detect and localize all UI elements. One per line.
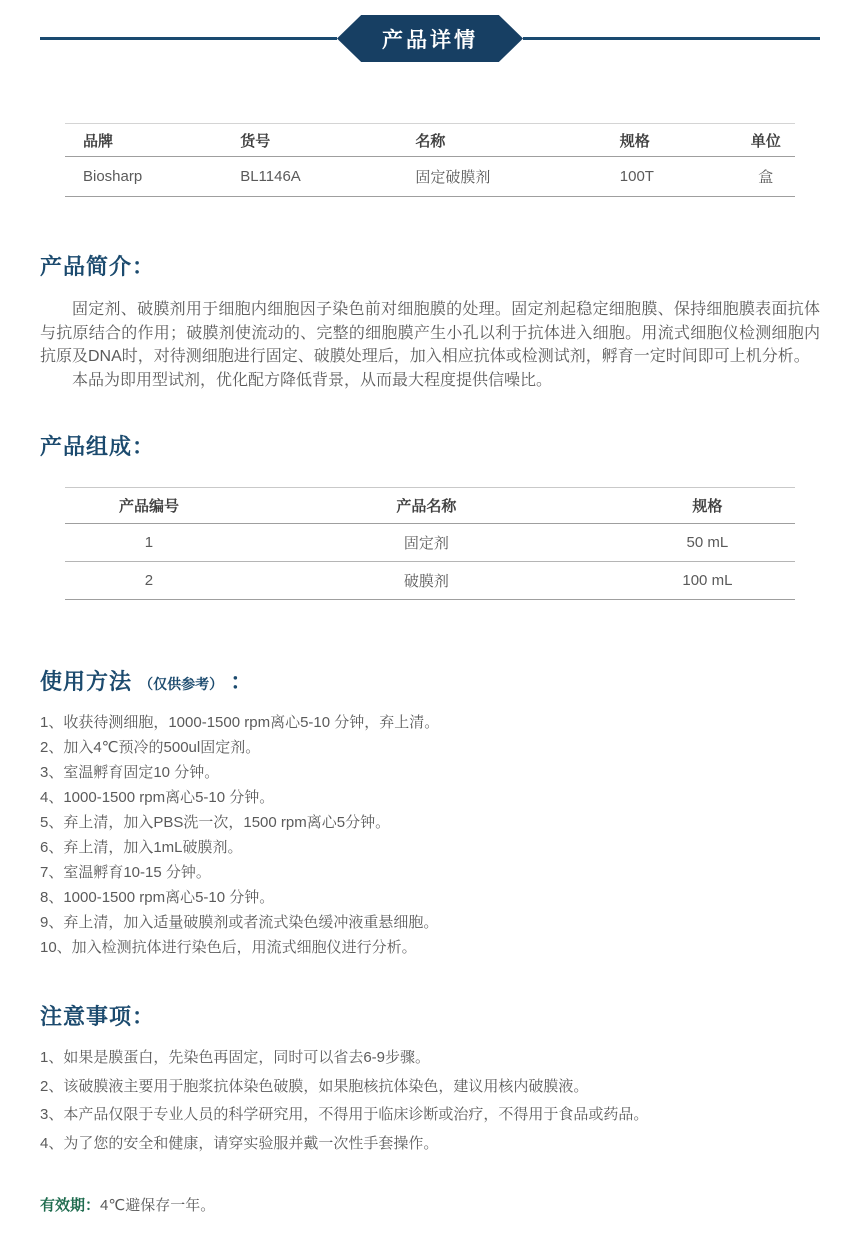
- banner: 产品详情: [40, 15, 820, 62]
- usage-title-text: 使用方法: [40, 669, 132, 694]
- header-component-name: 产品名称: [233, 488, 620, 524]
- cell-component-name: 破膜剂: [233, 562, 620, 600]
- product-info-row: Biosharp BL1146A 固定破膜剂 100T 盒: [65, 157, 795, 197]
- composition-table: 产品编号 产品名称 规格 1 固定剂 50 mL 2 破膜剂 100 mL: [65, 487, 795, 600]
- cell-catalog-number: BL1146A: [240, 157, 415, 197]
- cell-spec: 100T: [620, 157, 737, 197]
- notes-list: 1、如果是膜蛋白，先染色再固定，同时可以省去6-9步骤。 2、该破膜液主要用于胞…: [40, 1044, 820, 1158]
- usage-step: 2、加入4℃预冷的500ul固定剂。: [40, 735, 820, 760]
- usage-steps-list: 1、收获待测细胞，1000-1500 rpm离心5-10 分钟，弃上清。 2、加…: [40, 710, 820, 960]
- usage-step: 8、1000-1500 rpm离心5-10 分钟。: [40, 885, 820, 910]
- banner-line-left: [40, 37, 337, 40]
- header-unit: 单位: [737, 124, 795, 157]
- composition-header-row: 产品编号 产品名称 规格: [65, 488, 795, 524]
- usage-title-note: （仅供参考）: [139, 676, 223, 692]
- usage-step: 1、收获待测细胞，1000-1500 rpm离心5-10 分钟，弃上清。: [40, 710, 820, 735]
- usage-step: 3、室温孵育固定10 分钟。: [40, 760, 820, 785]
- usage-step: 10、加入检测抗体进行染色后，用流式细胞仪进行分析。: [40, 935, 820, 960]
- product-info-header-row: 品牌 货号 名称 规格 单位: [65, 124, 795, 157]
- validity-text: 4℃避保存一年。: [100, 1197, 215, 1214]
- cell-brand: Biosharp: [65, 157, 240, 197]
- intro-paragraph-1: 固定剂、破膜剂用于细胞内细胞因子染色前对细胞膜的处理。固定剂起稳定细胞膜、保持细…: [40, 298, 820, 369]
- cell-unit: 盒: [737, 157, 795, 197]
- usage-step: 5、弃上清，加入PBS洗一次，1500 rpm离心5分钟。: [40, 810, 820, 835]
- header-product-name: 名称: [415, 124, 619, 157]
- usage-title-colon: ：: [230, 669, 253, 694]
- composition-row: 1 固定剂 50 mL: [65, 524, 795, 562]
- intro-section-title: 产品简介：: [40, 250, 820, 281]
- header-catalog-number: 货号: [240, 124, 415, 157]
- banner-line-right: [523, 37, 820, 40]
- product-info-table: 品牌 货号 名称 规格 单位 Biosharp BL1146A 固定破膜剂 10…: [65, 123, 795, 197]
- header-component-spec: 规格: [620, 488, 795, 524]
- cell-component-name: 固定剂: [233, 524, 620, 562]
- cell-component-number: 2: [65, 562, 233, 600]
- header-brand: 品牌: [65, 124, 240, 157]
- usage-step: 9、弃上清，加入适量破膜剂或者流式染色缓冲液重悬细胞。: [40, 910, 820, 935]
- composition-row: 2 破膜剂 100 mL: [65, 562, 795, 600]
- validity-label: 有效期：: [40, 1197, 100, 1214]
- banner-title: 产品详情: [382, 24, 478, 54]
- banner-badge: 产品详情: [337, 15, 523, 62]
- validity-line: 有效期：4℃避保存一年。: [40, 1194, 820, 1215]
- product-detail-page: 产品详情 品牌 货号 名称 规格 单位 Biosharp BL1146A 固定破…: [0, 0, 860, 1243]
- note-item: 1、如果是膜蛋白，先染色再固定，同时可以省去6-9步骤。: [40, 1044, 820, 1073]
- intro-paragraph-2: 本品为即用型试剂，优化配方降低背景，从而最大程度提供信噪比。: [40, 369, 820, 393]
- usage-section-title: 使用方法 （仅供参考） ：: [40, 665, 820, 696]
- cell-component-number: 1: [65, 524, 233, 562]
- cell-product-name: 固定破膜剂: [415, 157, 619, 197]
- cell-component-spec: 50 mL: [620, 524, 795, 562]
- composition-section-title: 产品组成：: [40, 430, 820, 461]
- note-item: 4、为了您的安全和健康，请穿实验服并戴一次性手套操作。: [40, 1130, 820, 1159]
- header-spec: 规格: [620, 124, 737, 157]
- usage-step: 4、1000-1500 rpm离心5-10 分钟。: [40, 785, 820, 810]
- note-item: 3、本产品仅限于专业人员的科学研究用，不得用于临床诊断或治疗，不得用于食品或药品…: [40, 1101, 820, 1130]
- note-item: 2、该破膜液主要用于胞浆抗体染色破膜，如果胞核抗体染色，建议用核内破膜液。: [40, 1073, 820, 1102]
- intro-paragraphs: 固定剂、破膜剂用于细胞内细胞因子染色前对细胞膜的处理。固定剂起稳定细胞膜、保持细…: [40, 298, 820, 392]
- notes-section-title: 注意事项：: [40, 1000, 820, 1031]
- header-component-number: 产品编号: [65, 488, 233, 524]
- cell-component-spec: 100 mL: [620, 562, 795, 600]
- usage-step: 7、室温孵育10-15 分钟。: [40, 860, 820, 885]
- usage-step: 6、弃上清，加入1mL破膜剂。: [40, 835, 820, 860]
